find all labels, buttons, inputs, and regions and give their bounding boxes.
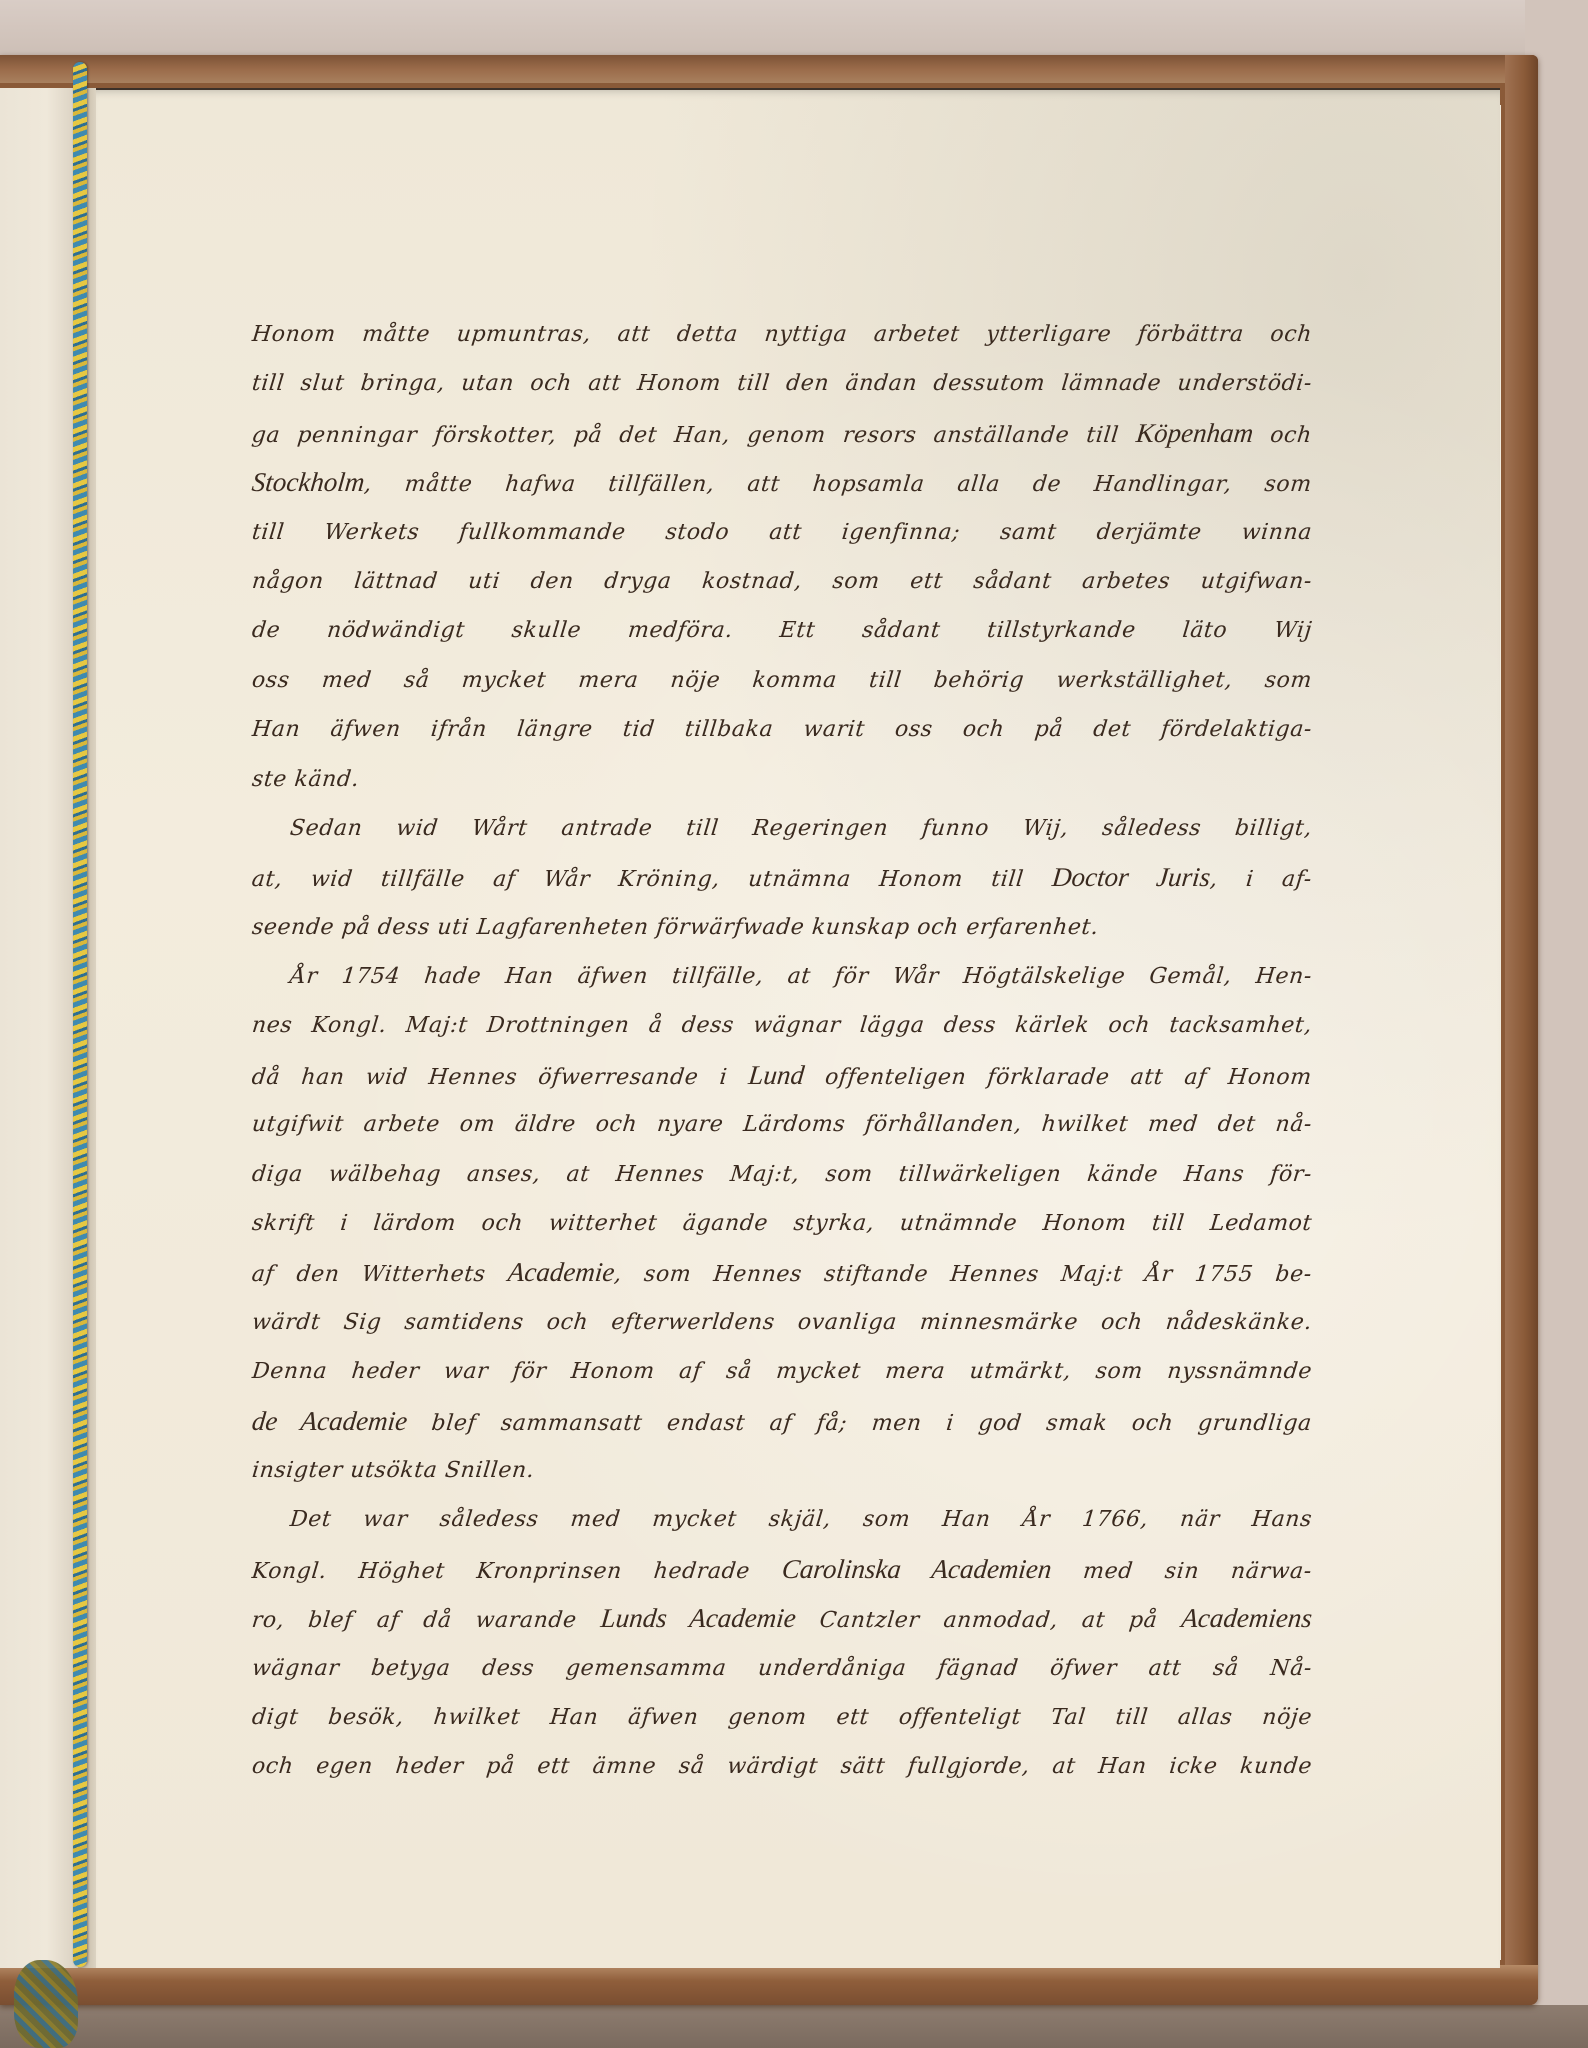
manuscript-line: Honom måtte upmuntras, att detta nyttiga… [249,310,1314,359]
manuscript-line: seende på dess uti Lagfarenheten förwärf… [249,903,1314,952]
latin-script-word: Academie [507,1257,617,1287]
manuscript-line: Denna heder war för Honom af så mycket m… [249,1347,1314,1396]
manuscript-line: till Werkets fullkommande stodo att igen… [249,508,1314,557]
manuscript-line: skrift i lärdom och witterhet ägande sty… [249,1199,1314,1248]
manuscript-paragraph-start: Det war såledess med mycket skjäl, som H… [249,1495,1314,1544]
latin-script-word: Lund [747,1060,806,1090]
manuscript-text-block: Honom måtte upmuntras, att detta nyttiga… [252,310,1312,1792]
manuscript-line: wägnar betyga dess gemensamma underdånig… [249,1644,1314,1693]
cover-top-edge [0,55,1538,83]
manuscript-line: till slut bringa, utan och att Honom til… [249,359,1314,408]
cover-right-edge [1505,55,1538,2005]
manuscript-line: oss med så mycket mera nöje komma till b… [249,656,1314,705]
latin-script-word: Stockholm [250,467,366,497]
manuscript-line: insigter utsökta Snillen. [249,1446,1314,1495]
cover-bottom-edge [0,1965,1538,2005]
manuscript-line: nes Kongl. Maj:t Drottningen å dess wägn… [249,1001,1314,1050]
backdrop-top [0,0,1588,55]
manuscript-line: och egen heder på ett ämne så wärdigt sä… [249,1742,1314,1791]
manuscript-line: ro, blef af då warande Lunds Academie Ca… [249,1594,1314,1643]
manuscript-line: Han äfwen ifrån längre tid tillbaka wari… [249,705,1314,754]
manuscript-line: at, wid tillfälle af Wår Kröning, utnämn… [249,853,1314,902]
bookmark-cord-icon[interactable] [73,62,87,1967]
latin-script-word: Doctor Juris [1051,862,1212,892]
latin-script-word: de Academie [250,1406,408,1436]
manuscript-line: ste känd. [249,755,1314,804]
left-page-edge [0,88,78,1968]
bookmark-cord-knot-icon [14,1960,78,2048]
manuscript-line: de Academie blef sammansatt endast af få… [249,1397,1314,1446]
manuscript-line: någon lättnad uti den dryga kostnad, som… [249,557,1314,606]
manuscript-line: af den Witterhets Academie, som Hennes s… [249,1248,1314,1297]
manuscript-line: de nödwändigt skulle medföra. Ett sådant… [249,606,1314,655]
manuscript-line: digt besök, hwilket Han äfwen genom ett … [249,1693,1314,1742]
manuscript-paragraph-start: År 1754 hade Han äfwen tillfälle, at för… [249,952,1314,1001]
latin-script-word: Carolinska Academien [781,1554,1054,1584]
manuscript-line: då han wid Hennes öfwerresande i Lund of… [249,1051,1314,1100]
backdrop-bottom [0,2005,1588,2048]
manuscript-line: utgifwit arbete om äldre och nyare Lärdo… [249,1100,1314,1149]
latin-script-word: Academiens [1180,1603,1314,1633]
manuscript-line: Stockholm, måtte hafwa tillfällen, att h… [249,458,1314,507]
manuscript-line: Kongl. Höghet Kronprinsen hedrade Caroli… [249,1545,1314,1594]
manuscript-line: ga penningar förskotter, på det Han, gen… [249,409,1314,458]
latin-script-word: Lunds Academie [599,1603,797,1633]
latin-script-word: Köpenham [1135,418,1255,448]
manuscript-line: wärdt Sig samtidens och efterwerldens ov… [249,1298,1314,1347]
manuscript-line: diga wälbehag anses, at Hennes Maj:t, so… [249,1150,1314,1199]
manuscript-paragraph-start: Sedan wid Wårt antrade till Regeringen f… [249,804,1314,853]
